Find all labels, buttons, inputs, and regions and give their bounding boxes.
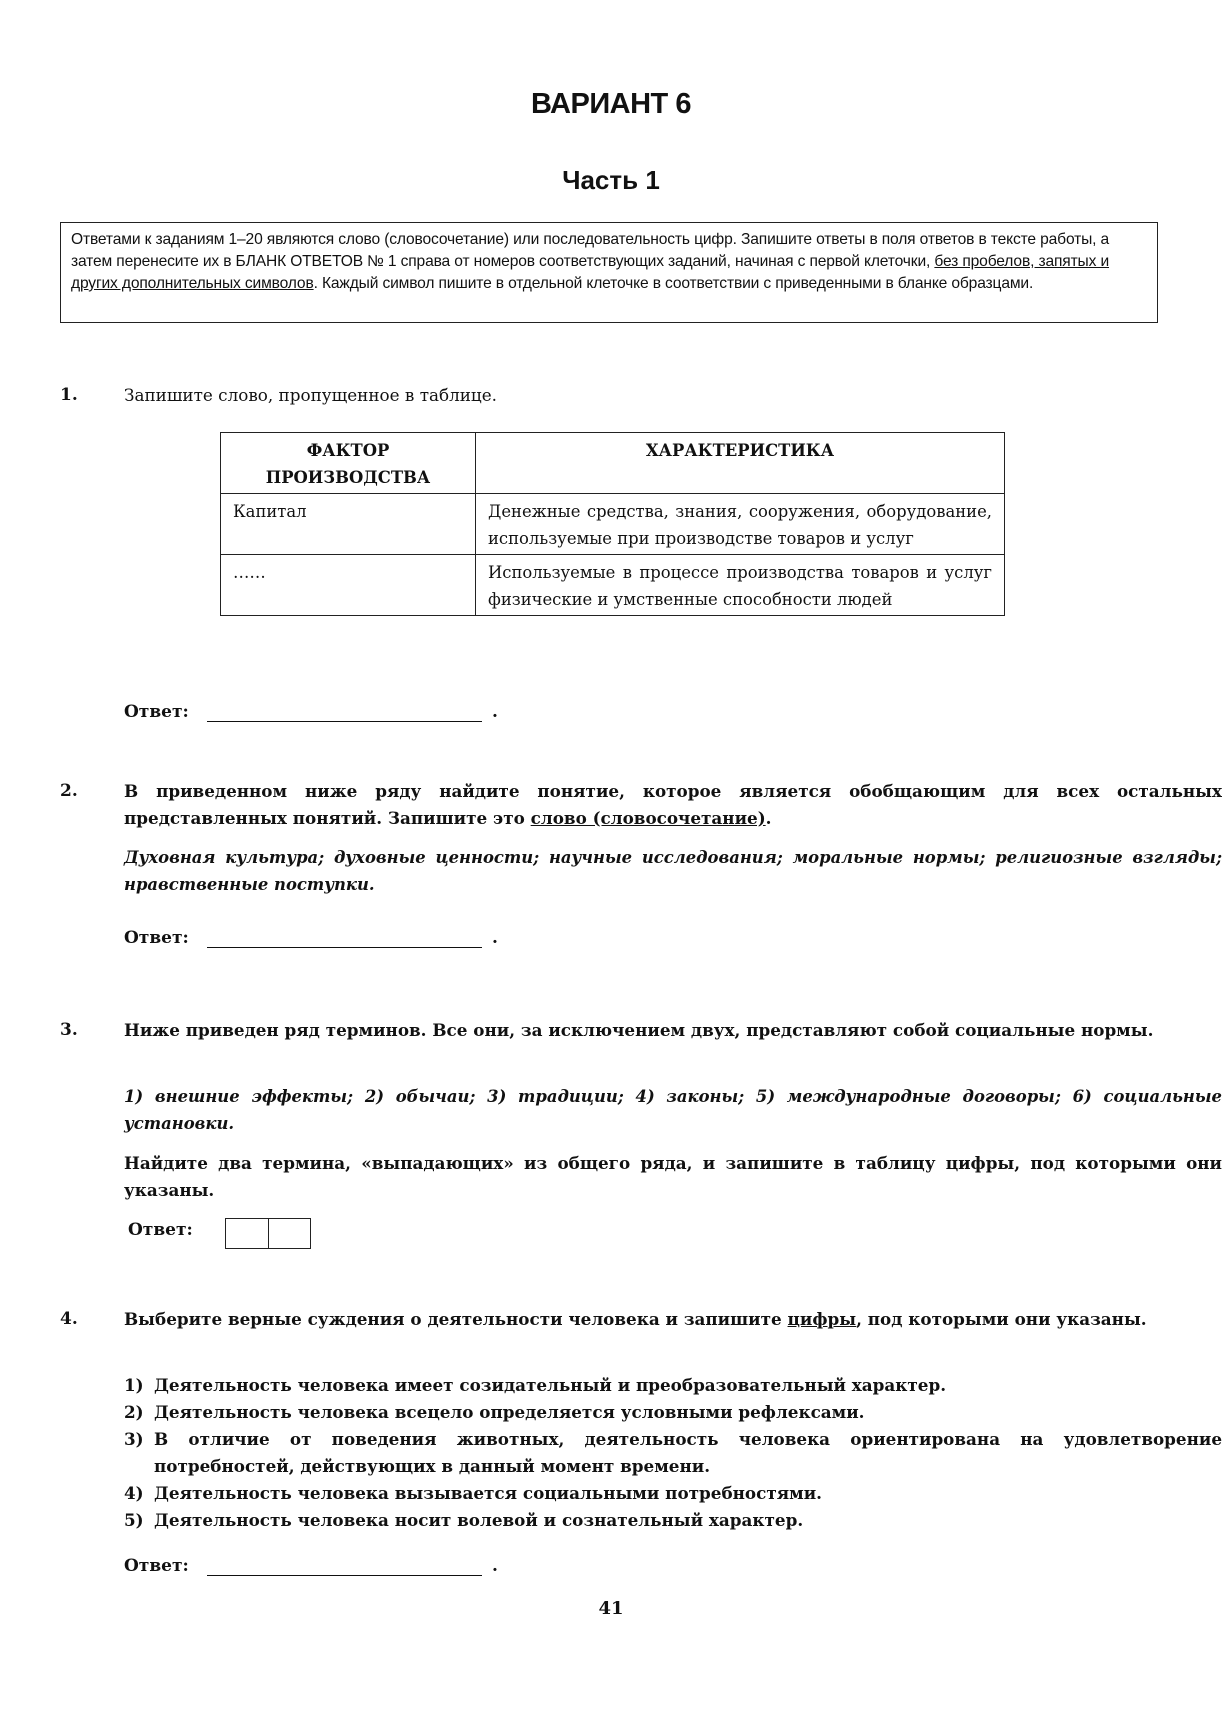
- answer-cell-1[interactable]: [226, 1219, 268, 1248]
- table-cell: Капитал: [221, 494, 476, 555]
- factors-table: ФАКТОР ПРОИЗВОДСТВА ХАРАКТЕРИСТИКА Капит…: [220, 432, 1005, 616]
- task-number: 4.: [60, 1306, 78, 1333]
- answer-label: Ответ:: [124, 702, 189, 722]
- task-instruction: Найдите два термина, «выпадающих» из общ…: [124, 1150, 1222, 1204]
- variant-title: ВАРИАНТ 6: [0, 88, 1222, 121]
- list-item: 3)В отличие от поведения животных, деяте…: [124, 1426, 1222, 1480]
- task-number: 2.: [60, 778, 78, 805]
- option-number: 5): [124, 1507, 144, 1534]
- task-number: 1.: [60, 382, 78, 409]
- answer-label: Ответ:: [124, 928, 189, 948]
- answer-cell-2[interactable]: [268, 1219, 310, 1248]
- page-number: 41: [0, 1598, 1222, 1619]
- option-text: Деятельность человека носит волевой и со…: [154, 1510, 803, 1530]
- exam-page: ВАРИАНТ 6 Часть 1 Ответами к заданиям 1–…: [0, 0, 1222, 1712]
- answer-dot: .: [492, 1556, 498, 1576]
- task-text-part: , под которыми они указаны.: [856, 1309, 1147, 1329]
- option-text: В отличие от поведения животных, деятель…: [154, 1429, 1222, 1476]
- terms-list: 1) внешние эффекты; 2) обычаи; 3) традиц…: [124, 1083, 1222, 1137]
- underlined-keyword: слово (словосочетание): [531, 808, 766, 828]
- option-text: Деятельность человека имеет созидательны…: [154, 1375, 946, 1395]
- answer-cells: [225, 1218, 311, 1249]
- task-text: Выберите верные суждения о деятельности …: [124, 1306, 1222, 1333]
- task-text-part: Выберите верные суждения о деятельности …: [124, 1309, 788, 1329]
- task-number: 3.: [60, 1017, 78, 1044]
- answer-field-2[interactable]: [207, 947, 482, 948]
- table-header-row: ФАКТОР ПРОИЗВОДСТВА ХАРАКТЕРИСТИКА: [221, 433, 1005, 494]
- concept-list: Духовная культура; духовные ценности; на…: [124, 844, 1222, 898]
- option-number: 2): [124, 1399, 144, 1426]
- answer-field-4[interactable]: [207, 1575, 482, 1576]
- answer-dot: .: [492, 702, 498, 722]
- task-text: Запишите слово, пропущенное в таблице.: [124, 382, 1222, 409]
- column-header: ХАРАКТЕРИСТИКА: [476, 433, 1005, 494]
- column-header: ФАКТОР ПРОИЗВОДСТВА: [221, 433, 476, 494]
- table-row: …… Используемые в процессе производства …: [221, 555, 1005, 616]
- answer-label: Ответ:: [128, 1220, 193, 1240]
- list-item: 1)Деятельность человека имеет созидатель…: [124, 1372, 1222, 1399]
- option-number: 4): [124, 1480, 144, 1507]
- option-text: Деятельность человека всецело определяет…: [154, 1402, 865, 1422]
- instructions-text-end: . Каждый символ пишите в отдельной клето…: [314, 275, 1034, 292]
- table-cell: Используемые в процессе производства тов…: [476, 555, 1005, 616]
- part-title: Часть 1: [0, 165, 1222, 196]
- table-cell: Денежные средства, знания, сооружения, о…: [476, 494, 1005, 555]
- answer-field-1[interactable]: [207, 721, 482, 722]
- option-text: Деятельность человека вызывается социаль…: [154, 1483, 822, 1503]
- list-item: 2)Деятельность человека всецело определя…: [124, 1399, 1222, 1426]
- option-number: 1): [124, 1372, 144, 1399]
- options-list: 1)Деятельность человека имеет созидатель…: [124, 1372, 1222, 1534]
- task-text-part: .: [766, 808, 772, 828]
- instructions-box: Ответами к заданиям 1–20 являются слово …: [60, 222, 1158, 323]
- table-cell-missing: ……: [221, 555, 476, 616]
- table-row: Капитал Денежные средства, знания, соору…: [221, 494, 1005, 555]
- underlined-keyword: цифры: [788, 1309, 857, 1329]
- task-text: Ниже приведен ряд терминов. Все они, за …: [124, 1017, 1222, 1044]
- list-item: 4)Деятельность человека вызывается социа…: [124, 1480, 1222, 1507]
- option-number: 3): [124, 1426, 144, 1453]
- answer-label: Ответ:: [124, 1556, 189, 1576]
- task-text: В приведенном ниже ряду найдите понятие,…: [124, 778, 1222, 832]
- list-item: 5)Деятельность человека носит волевой и …: [124, 1507, 1222, 1534]
- answer-dot: .: [492, 928, 498, 948]
